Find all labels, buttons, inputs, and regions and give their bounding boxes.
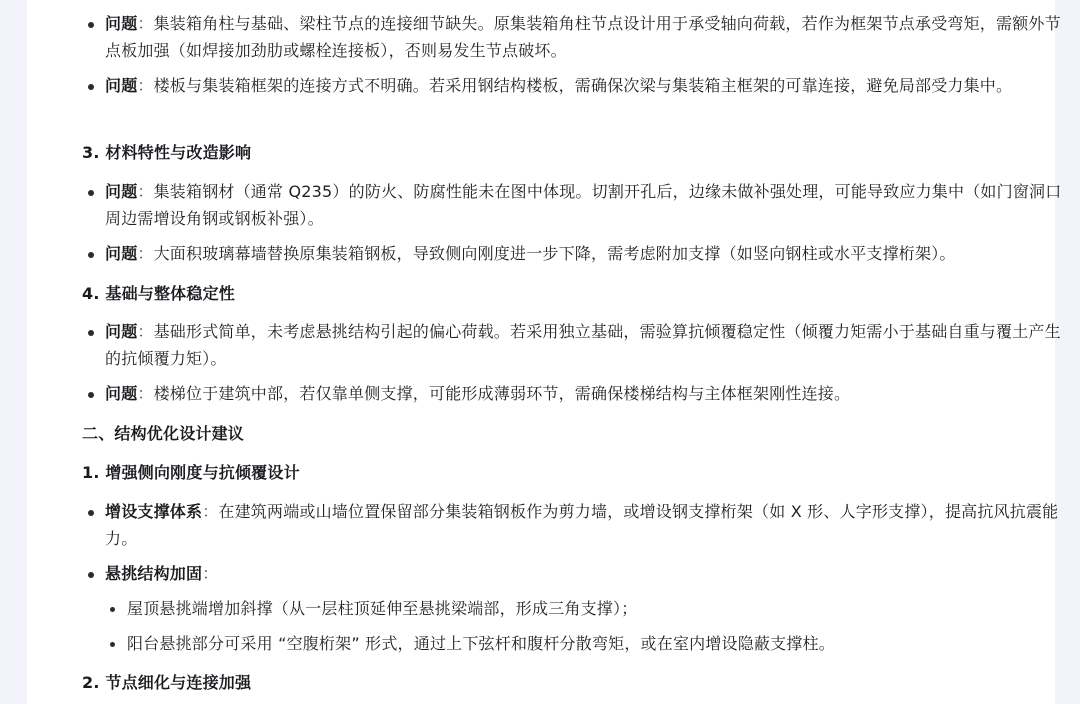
section-heading-foundation: 4. 基础与整体稳定性 [82, 280, 1062, 307]
foundation-issues-list: 问题：基础形式简单，未考虑悬挑结构引起的偏心荷载。若采用独立基础，需验算抗倾覆稳… [82, 318, 1062, 407]
item-text: 楼板与集装箱框架的连接方式不明确。若采用钢结构楼板，需确保次梁与集装箱主框架的可… [154, 76, 1013, 95]
connection-issues-list: 问题：集装箱角柱与基础、梁柱节点的连接细节缺失。原集装箱角柱节点设计用于承受轴向… [82, 10, 1062, 99]
list-item: 问题：集装箱钢材（通常 Q235）的防火、防腐性能未在图中体现。切割开孔后，边缘… [82, 178, 1062, 232]
page: 问题：集装箱角柱与基础、梁柱节点的连接细节缺失。原集装箱角柱节点设计用于承受轴向… [0, 0, 1080, 704]
cantilever-sublist: 屋顶悬挑端增加斜撑（从一层柱顶延伸至悬挑梁端部，形成三角支撑）； 阳台悬挑部分可… [105, 595, 1062, 657]
sub-list-item: 阳台悬挑部分可采用 “空腹桁架” 形式，通过上下弦杆和腹杆分散弯矩，或在室内增设… [105, 630, 1062, 657]
item-text: 阳台悬挑部分可采用 “空腹桁架” 形式，通过上下弦杆和腹杆分散弯矩，或在室内增设… [127, 634, 835, 653]
item-text: 楼梯位于建筑中部，若仅靠单侧支撑，可能形成薄弱环节，需确保楼梯结构与主体框架刚性… [154, 384, 851, 403]
part-heading-optimization: 二、结构优化设计建议 [82, 420, 1062, 447]
list-item: 问题：楼梯位于建筑中部，若仅靠单侧支撑，可能形成薄弱环节，需确保楼梯结构与主体框… [82, 380, 1062, 407]
item-text: 集装箱角柱与基础、梁柱节点的连接细节缺失。原集装箱角柱节点设计用于承受轴向荷载，… [105, 14, 1061, 60]
list-item: 问题：大面积玻璃幕墙替换原集装箱钢板，导致侧向刚度进一步下降，需考虑附加支撑（如… [82, 240, 1062, 267]
item-label: 悬挑结构加固 [105, 564, 202, 583]
item-label: 问题 [105, 76, 137, 95]
item-text: 屋顶悬挑端增加斜撑（从一层柱顶延伸至悬挑梁端部，形成三角支撑）； [127, 599, 637, 618]
sub-list-item: 屋顶悬挑端增加斜撑（从一层柱顶延伸至悬挑梁端部，形成三角支撑）； [105, 595, 1062, 622]
item-text: 集装箱钢材（通常 Q235）的防火、防腐性能未在图中体现。切割开孔后，边缘未做补… [105, 182, 1061, 228]
section-heading-materials: 3. 材料特性与改造影响 [82, 139, 1062, 166]
item-label: 增设支撑体系 [105, 502, 202, 521]
item-label: 问题 [105, 322, 137, 341]
list-item: 增设支撑体系：在建筑两端或山墙位置保留部分集装箱钢板作为剪力墙，或增设钢支撑桁架… [82, 498, 1062, 552]
item-label: 问题 [105, 384, 137, 403]
item-label: 问题 [105, 14, 137, 33]
item-text: 在建筑两端或山墙位置保留部分集装箱钢板作为剪力墙，或增设钢支撑桁架（如 X 形、… [105, 502, 1058, 548]
lateral-stiffness-list: 增设支撑体系：在建筑两端或山墙位置保留部分集装箱钢板作为剪力墙，或增设钢支撑桁架… [82, 498, 1062, 657]
list-item: 问题：楼板与集装箱框架的连接方式不明确。若采用钢结构楼板，需确保次梁与集装箱主框… [82, 72, 1062, 99]
subsection-heading-joints: 2. 节点细化与连接加强 [82, 669, 1062, 696]
item-label: 问题 [105, 244, 137, 263]
materials-issues-list: 问题：集装箱钢材（通常 Q235）的防火、防腐性能未在图中体现。切割开孔后，边缘… [82, 178, 1062, 267]
item-text: 基础形式简单，未考虑悬挑结构引起的偏心荷载。若采用独立基础，需验算抗倾覆稳定性（… [105, 322, 1061, 368]
list-item: 问题：基础形式简单，未考虑悬挑结构引起的偏心荷载。若采用独立基础，需验算抗倾覆稳… [82, 318, 1062, 372]
document-panel: 问题：集装箱角柱与基础、梁柱节点的连接细节缺失。原集装箱角柱节点设计用于承受轴向… [27, 0, 1055, 704]
subsection-heading-lateral-stiffness: 1. 增强侧向刚度与抗倾覆设计 [82, 459, 1062, 486]
item-label: 问题 [105, 182, 137, 201]
item-text: 大面积玻璃幕墙替换原集装箱钢板，导致侧向刚度进一步下降，需考虑附加支撑（如竖向钢… [154, 244, 956, 263]
list-item: 悬挑结构加固： 屋顶悬挑端增加斜撑（从一层柱顶延伸至悬挑梁端部，形成三角支撑）；… [82, 560, 1062, 657]
list-item: 问题：集装箱角柱与基础、梁柱节点的连接细节缺失。原集装箱角柱节点设计用于承受轴向… [82, 10, 1062, 64]
